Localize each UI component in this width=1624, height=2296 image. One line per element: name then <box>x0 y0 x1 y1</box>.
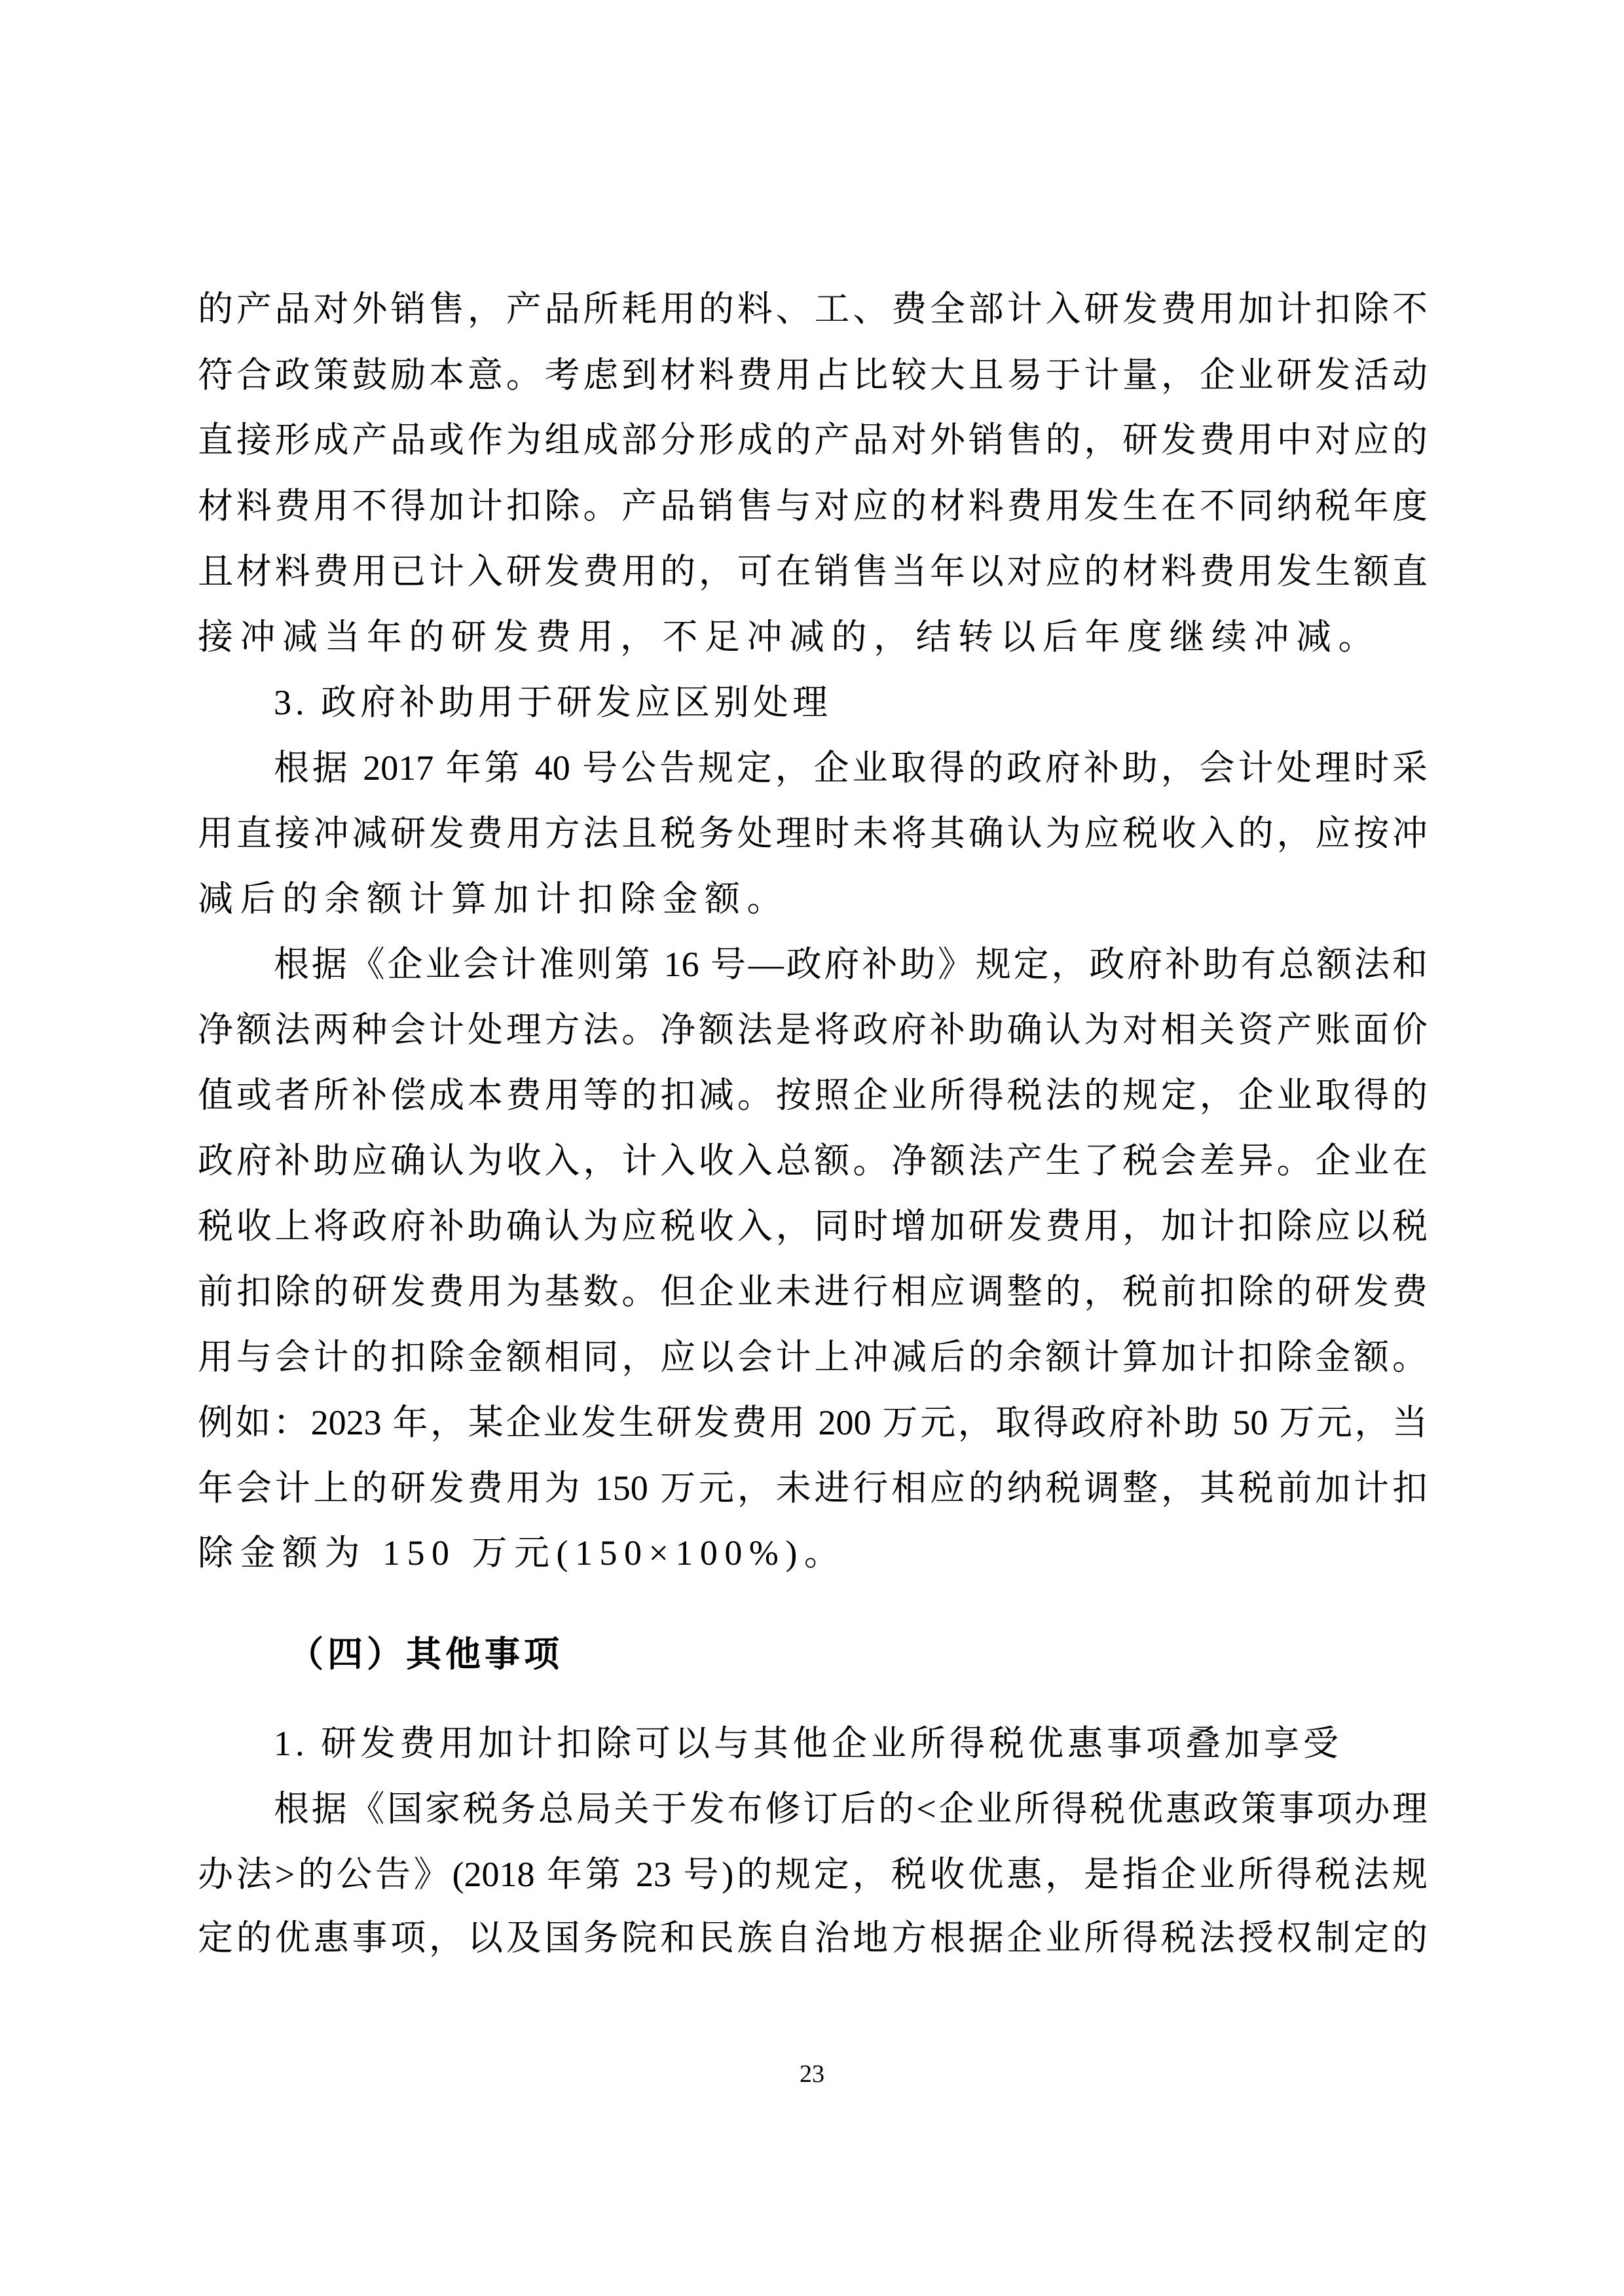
page-number: 23 <box>0 2059 1624 2089</box>
subsection-heading: 1. 研发费用加计扣除可以与其他企业所得税优惠事项叠加享受 <box>274 1711 1342 1776</box>
body-text-line: 净​额​法​两​种​会​计​处​理​方​法​。​净​额​法​是​将​政​府​补​… <box>198 997 1428 1063</box>
body-text-line: 年​会​计​上​的​研​发​费​用​为​ ​1​5​0​ ​万​元​，​未​进​… <box>198 1455 1428 1521</box>
body-text-line: 符​合​政​策​鼓​励​本​意​。​考​虑​到​材​料​费​用​占​比​较​大​… <box>198 342 1428 408</box>
body-text-line: 且​材​料​费​用​已​计​入​研​发​费​用​的​，​可​在​销​售​当​年​… <box>198 539 1428 604</box>
body-text-line: 直​接​形​成​产​品​或​作​为​组​成​部​分​形​成​的​产​品​对​外​… <box>198 407 1428 473</box>
body-text-line: 用​直​接​冲​减​研​发​费​用​方​法​且​税​务​处​理​时​未​将​其​… <box>198 801 1428 866</box>
body-text-line: 定​的​优​惠​事​项​，​以​及​国​务​院​和​民​族​自​治​地​方​根​… <box>198 1905 1428 1971</box>
document-page: 的​产​品​对​外​销​售​，​产​品​所​耗​用​的​料​、​工​、​费​全​… <box>0 0 1624 2296</box>
section-heading: （四）其他事项 <box>288 1622 563 1687</box>
body-text-line: 用​与​会​计​的​扣​除​金​额​相​同​，​应​以​会​计​上​冲​减​后​… <box>198 1324 1428 1390</box>
body-text-line: 政​府​补​助​应​确​认​为​收​入​，​计​入​收​入​总​额​。​净​额​… <box>198 1128 1428 1194</box>
body-text-line: 根​据​《​企​业​会​计​准​则​第​ ​1​6​ ​号​—​政​府​补​助​… <box>274 932 1428 997</box>
body-text-line: 除金额为 150 万元(150×100%)。 <box>198 1520 1428 1586</box>
body-text-line: 根​据​ ​2​0​1​7​ ​年​第​ ​4​0​ ​号​公​告​规​定​，​… <box>274 735 1428 801</box>
body-text-line: 税​收​上​将​政​府​补​助​确​认​为​应​税​收​入​，​同​时​增​加​… <box>198 1194 1428 1259</box>
body-text-line: 的​产​品​对​外​销​售​，​产​品​所​耗​用​的​料​、​工​、​费​全​… <box>198 276 1428 342</box>
body-text-line: 例​如​：​2​0​2​3​ ​年​，​某​企​业​发​生​研​发​费​用​ ​… <box>198 1390 1428 1455</box>
body-text-line: 材​料​费​用​不​得​加​计​扣​除​。​产​品​销​售​与​对​应​的​材​… <box>198 473 1428 539</box>
body-text-line: 值​或​者​所​补​偿​成​本​费​用​等​的​扣​减​。​按​照​企​业​所​… <box>198 1063 1428 1128</box>
body-text-line: 办​法​>​的​公​告​》​(​2​0​1​8​ ​年​第​ ​2​3​ ​号​… <box>198 1842 1428 1907</box>
body-text-line: 接冲减当年的研发费用，不足冲减的，结转以后年度继续冲减。 <box>198 604 1428 670</box>
subsection-heading: 3. 政府补助用于研发应区别处理 <box>274 670 832 735</box>
body-text-line: 根​据​《​国​家​税​务​总​局​关​于​发​布​修​订​后​的​<​企​业​… <box>274 1776 1428 1842</box>
body-text-line: 减后的余额计算加计扣除金额。 <box>198 866 1428 932</box>
body-text-line: 前​扣​除​的​研​发​费​用​为​基​数​。​但​企​业​未​进​行​相​应​… <box>198 1259 1428 1324</box>
